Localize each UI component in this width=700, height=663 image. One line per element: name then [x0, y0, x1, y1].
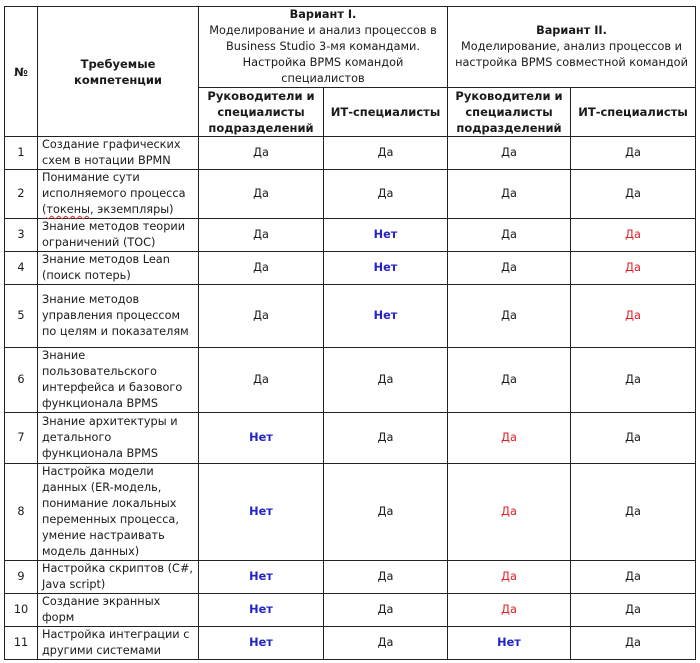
variant-1-description: Моделирование и анализ процессов в Busin… [203, 23, 443, 87]
value-v2-it: Да [571, 285, 696, 348]
value-v1-it: Да [324, 561, 448, 594]
row-number: 4 [5, 252, 38, 285]
value-v1-it: Нет [324, 219, 448, 252]
value-v1-managers: Да [199, 170, 324, 219]
variant-1-title: Вариант I. [203, 7, 443, 23]
subheader-v2-it: ИТ-специалисты [571, 88, 696, 137]
value-v2-it: Да [571, 594, 696, 627]
value-v2-managers: Да [448, 170, 571, 219]
variant-2-title: Вариант II. [452, 23, 691, 39]
competency-text: Знание методов управления процессом по ц… [38, 285, 199, 348]
competency-text: Знание методов Lean (поиск потерь) [38, 252, 199, 285]
value-v1-managers: Да [199, 137, 324, 170]
value-v2-it: Да [571, 464, 696, 561]
competency-text: Настройка интеграции с другими системами [38, 627, 199, 660]
competency-text: Понимание сути исполняемого процесса (то… [38, 170, 199, 219]
competency-text: Настройка скриптов (C#, Java script) [38, 561, 199, 594]
competency-text: Создание графических схем в нотации BPMN [38, 137, 199, 170]
competency-text: Знание архитектуры и детального функцион… [38, 413, 199, 464]
value-v2-it: Да [571, 627, 696, 660]
value-v2-managers: Да [448, 252, 571, 285]
value-v1-it: Да [324, 170, 448, 219]
row-number: 7 [5, 413, 38, 464]
value-v2-it: Да [571, 219, 696, 252]
value-v2-it: Да [571, 137, 696, 170]
value-v1-managers: Нет [199, 561, 324, 594]
competency-text: Настройка модели данных (ER-модель, пони… [38, 464, 199, 561]
subheader-v1-managers: Руководители и специалисты подразделений [199, 88, 324, 137]
row-number: 10 [5, 594, 38, 627]
value-v2-managers: Да [448, 348, 571, 413]
header-number: № [5, 7, 38, 137]
table-row: 10Создание экранных формНетДаДаДа [5, 594, 696, 627]
row-number: 11 [5, 627, 38, 660]
value-v1-managers: Да [199, 252, 324, 285]
value-v1-managers: Да [199, 285, 324, 348]
table-row: 3Знание методов теории ограничений (TOC)… [5, 219, 696, 252]
value-v1-managers: Нет [199, 627, 324, 660]
value-v1-managers: Нет [199, 413, 324, 464]
row-number: 2 [5, 170, 38, 219]
value-v1-it: Да [324, 464, 448, 561]
header-competencies: Требуемые компетенции [38, 7, 199, 137]
value-v2-managers: Да [448, 594, 571, 627]
subheader-v1-it: ИТ-специалисты [324, 88, 448, 137]
table-row: 8Настройка модели данных (ER-модель, пон… [5, 464, 696, 561]
value-v2-it: Да [571, 252, 696, 285]
row-number: 5 [5, 285, 38, 348]
value-v1-managers: Нет [199, 594, 324, 627]
table-row: 11Настройка интеграции с другими система… [5, 627, 696, 660]
row-number: 6 [5, 348, 38, 413]
value-v1-it: Да [324, 137, 448, 170]
value-v1-it: Да [324, 594, 448, 627]
value-v2-it: Да [571, 561, 696, 594]
row-number: 9 [5, 561, 38, 594]
variant-2-description: Моделирование, анализ процессов и настро… [452, 39, 691, 71]
subheader-v2-managers: Руководители и специалисты подразделений [448, 88, 571, 137]
spellcheck-mark: токены [46, 203, 90, 216]
value-v1-managers: Да [199, 348, 324, 413]
table-row: 1Создание графических схем в нотации BPM… [5, 137, 696, 170]
value-v2-managers: Нет [448, 627, 571, 660]
value-v1-it: Да [324, 348, 448, 413]
row-number: 1 [5, 137, 38, 170]
competency-text: Знание методов теории ограничений (TOC) [38, 219, 199, 252]
competency-text: Знание пользовательского интерфейса и ба… [38, 348, 199, 413]
value-v2-managers: Да [448, 137, 571, 170]
competency-text: Создание экранных форм [38, 594, 199, 627]
table-row: 2Понимание сути исполняемого процесса (т… [5, 170, 696, 219]
value-v2-managers: Да [448, 285, 571, 348]
table-body: 1Создание графических схем в нотации BPM… [5, 137, 696, 660]
value-v2-managers: Да [448, 219, 571, 252]
table-row: 5Знание методов управления процессом по … [5, 285, 696, 348]
value-v1-managers: Нет [199, 464, 324, 561]
table-row: 7Знание архитектуры и детального функцио… [5, 413, 696, 464]
competency-comparison-table: № Требуемые компетенции Вариант I. Модел… [4, 6, 696, 660]
value-v1-it: Да [324, 413, 448, 464]
value-v1-it: Нет [324, 252, 448, 285]
value-v2-managers: Да [448, 561, 571, 594]
value-v2-it: Да [571, 413, 696, 464]
table-row: 9Настройка скриптов (C#, Java script)Нет… [5, 561, 696, 594]
row-number: 3 [5, 219, 38, 252]
value-v1-it: Да [324, 627, 448, 660]
table-row: 6Знание пользовательского интерфейса и б… [5, 348, 696, 413]
value-v2-managers: Да [448, 413, 571, 464]
row-number: 8 [5, 464, 38, 561]
value-v2-it: Да [571, 170, 696, 219]
header-variant-2: Вариант II. Моделирование, анализ процес… [448, 7, 696, 88]
value-v2-it: Да [571, 348, 696, 413]
table-row: 4Знание методов Lean (поиск потерь)ДаНет… [5, 252, 696, 285]
header-variant-1: Вариант I. Моделирование и анализ процес… [199, 7, 448, 88]
value-v1-managers: Да [199, 219, 324, 252]
value-v1-it: Нет [324, 285, 448, 348]
value-v2-managers: Да [448, 464, 571, 561]
